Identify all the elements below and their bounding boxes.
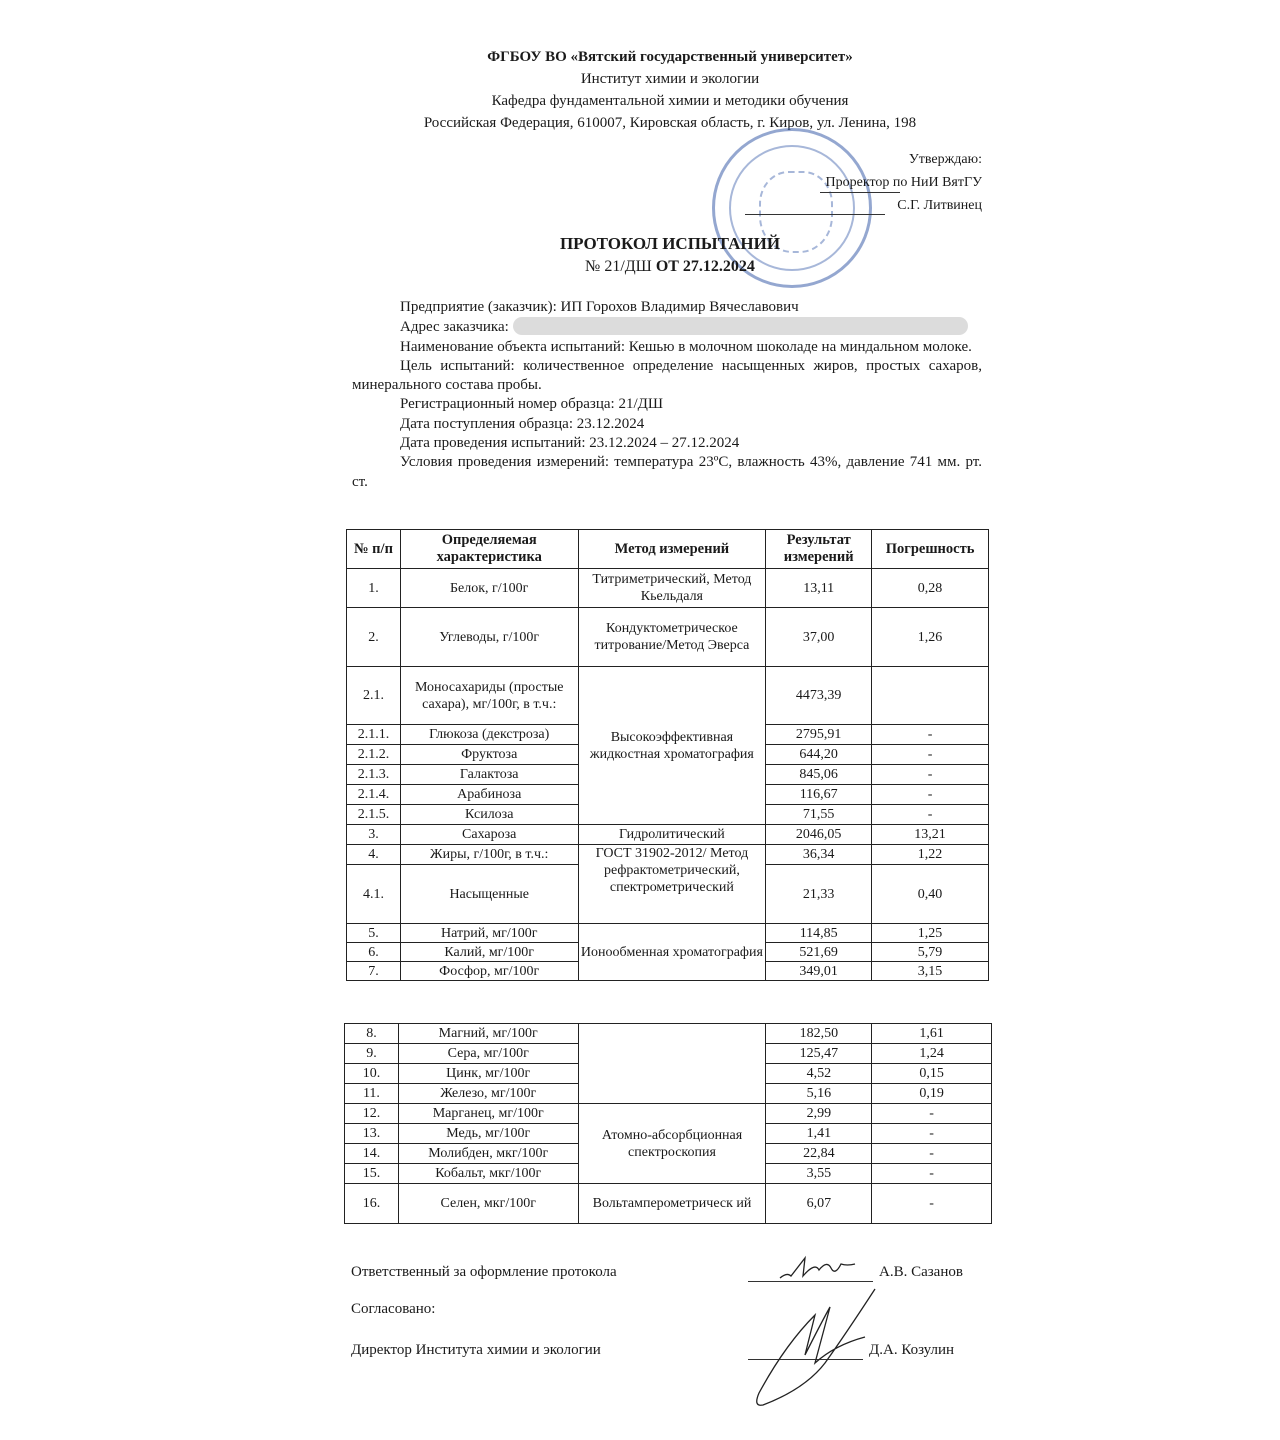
col-header-characteristic: Определяемая характеристика bbox=[400, 530, 578, 569]
results-table-page1: № п/п Определяемая характеристика Метод … bbox=[346, 529, 989, 981]
row-characteristic: Цинк, мг/100г bbox=[398, 1064, 578, 1084]
table-row: 1. Белок, г/100г Титриметрический, Метод… bbox=[347, 569, 989, 608]
row-number: 2.1.3. bbox=[347, 765, 401, 785]
table-row: 2. Углеводы, г/100г Кондуктометрическое … bbox=[347, 608, 989, 667]
row-number: 12. bbox=[345, 1104, 399, 1124]
responsible-name: А.В. Сазанов bbox=[879, 1264, 963, 1281]
results-table-page2: 8. Магний, мг/100г 182,50 1,61 9. Сера, … bbox=[344, 1023, 992, 1224]
row-error: - bbox=[872, 1104, 992, 1124]
row-characteristic: Ксилоза bbox=[400, 805, 578, 825]
row-characteristic: Калий, мг/100г bbox=[400, 943, 578, 962]
row-number: 4. bbox=[347, 845, 401, 865]
table-header-row: № п/п Определяемая характеристика Метод … bbox=[347, 530, 989, 569]
row-characteristic: Сера, мг/100г bbox=[398, 1044, 578, 1064]
table-row: 12. Марганец, мг/100г Атомно-абсорбционн… bbox=[345, 1104, 992, 1124]
director-name: Д.А. Козулин bbox=[869, 1342, 954, 1359]
row-error: - bbox=[872, 745, 989, 765]
approval-label: Утверждаю: bbox=[826, 148, 982, 171]
row-number: 10. bbox=[345, 1064, 399, 1084]
row-result: 116,67 bbox=[766, 785, 872, 805]
row-characteristic: Селен, мкг/100г bbox=[398, 1184, 578, 1224]
row-error: - bbox=[872, 1184, 992, 1224]
row-result: 4,52 bbox=[766, 1064, 872, 1084]
row-method: Высокоэффективная жидкостная хроматограф… bbox=[578, 667, 766, 825]
row-characteristic: Жиры, г/100г, в т.ч.: bbox=[400, 845, 578, 865]
row-result: 3,55 bbox=[766, 1164, 872, 1184]
row-number: 14. bbox=[345, 1144, 399, 1164]
row-method: Титриметрический, Метод Кьельдаля bbox=[578, 569, 766, 608]
row-result: 521,69 bbox=[766, 943, 872, 962]
row-characteristic: Железо, мг/100г bbox=[398, 1084, 578, 1104]
org-name: ФГБОУ ВО «Вятский государственный универ… bbox=[340, 46, 1000, 68]
row-characteristic: Галактоза bbox=[400, 765, 578, 785]
row-method: Ионообменная хроматография bbox=[578, 924, 766, 981]
row-result: 114,85 bbox=[766, 924, 872, 943]
row-error: 13,21 bbox=[872, 825, 989, 845]
row-error: - bbox=[872, 785, 989, 805]
row-error: 1,24 bbox=[872, 1044, 992, 1064]
row-result: 6,07 bbox=[766, 1184, 872, 1224]
approval-block: Утверждаю: Проректор по НиИ ВятГУ С.Г. Л… bbox=[826, 148, 982, 217]
approval-signature-line bbox=[820, 192, 900, 193]
col-header-number: № п/п bbox=[347, 530, 401, 569]
row-characteristic: Молибден, мкг/100г bbox=[398, 1144, 578, 1164]
customer-line: Предприятие (заказчик): ИП Горохов Влади… bbox=[352, 298, 982, 317]
row-number: 2. bbox=[347, 608, 401, 667]
row-characteristic: Моносахариды (простые сахара), мг/100г, … bbox=[400, 667, 578, 725]
row-result: 1,41 bbox=[766, 1124, 872, 1144]
row-number: 2.1.4. bbox=[347, 785, 401, 805]
row-result: 2795,91 bbox=[766, 725, 872, 745]
approval-position: Проректор по НиИ ВятГУ bbox=[826, 171, 982, 194]
row-error: 1,22 bbox=[872, 845, 989, 865]
document-title: ПРОТОКОЛ ИСПЫТАНИЙ bbox=[340, 234, 1000, 254]
row-number: 3. bbox=[347, 825, 401, 845]
row-number: 16. bbox=[345, 1184, 399, 1224]
department-name: Кафедра фундаментальной химии и методики… bbox=[340, 90, 1000, 112]
row-characteristic: Насыщенные bbox=[400, 865, 578, 924]
table-row: 4. Жиры, г/100г, в т.ч.: ГОСТ 31902-2012… bbox=[347, 845, 989, 865]
row-result: 4473,39 bbox=[766, 667, 872, 725]
row-error bbox=[872, 667, 989, 725]
test-info: Предприятие (заказчик): ИП Горохов Влади… bbox=[352, 298, 982, 492]
row-error: - bbox=[872, 805, 989, 825]
row-error: 0,40 bbox=[872, 865, 989, 924]
row-number: 2.1.1. bbox=[347, 725, 401, 745]
row-number: 2.1.2. bbox=[347, 745, 401, 765]
row-number: 15. bbox=[345, 1164, 399, 1184]
document-number-date: ОТ 27.12.2024 bbox=[656, 258, 755, 275]
row-characteristic: Сахароза bbox=[400, 825, 578, 845]
row-error: 0,15 bbox=[872, 1064, 992, 1084]
row-characteristic: Кобальт, мкг/100г bbox=[398, 1164, 578, 1184]
row-characteristic: Углеводы, г/100г bbox=[400, 608, 578, 667]
row-result: 21,33 bbox=[766, 865, 872, 924]
row-characteristic: Глюкоза (декстроза) bbox=[400, 725, 578, 745]
row-method: Атомно-абсорбционная спектроскопия bbox=[578, 1104, 766, 1184]
row-method: ГОСТ 31902-2012/ Метод рефрактометрическ… bbox=[578, 845, 766, 924]
row-result: 37,00 bbox=[766, 608, 872, 667]
row-number: 4.1. bbox=[347, 865, 401, 924]
col-header-result: Результат измерений bbox=[766, 530, 872, 569]
row-error: 0,28 bbox=[872, 569, 989, 608]
row-error: 0,19 bbox=[872, 1084, 992, 1104]
customer-address-label: Адрес заказчика: bbox=[400, 319, 509, 335]
director-label: Директор Института химии и экологии bbox=[351, 1342, 601, 1359]
row-characteristic: Арабиноза bbox=[400, 785, 578, 805]
row-number: 1. bbox=[347, 569, 401, 608]
row-number: 11. bbox=[345, 1084, 399, 1104]
received-date-line: Дата поступления образца: 23.12.2024 bbox=[352, 415, 982, 434]
row-error: 1,61 bbox=[872, 1024, 992, 1044]
responsible-signature-icon bbox=[775, 1252, 870, 1284]
redacted-address bbox=[513, 317, 968, 335]
table-row: 3. Сахароза Гидролитический 2046,05 13,2… bbox=[347, 825, 989, 845]
row-result: 22,84 bbox=[766, 1144, 872, 1164]
row-number: 5. bbox=[347, 924, 401, 943]
customer-address-line: Адрес заказчика: bbox=[352, 317, 982, 337]
row-result: 349,01 bbox=[766, 962, 872, 981]
row-characteristic: Фруктоза bbox=[400, 745, 578, 765]
director-signature-icon bbox=[745, 1285, 885, 1410]
row-result: 644,20 bbox=[766, 745, 872, 765]
row-result: 2,99 bbox=[766, 1104, 872, 1124]
document-number-prefix: № 21/ДШ bbox=[585, 258, 652, 275]
row-number: 2.1. bbox=[347, 667, 401, 725]
row-characteristic: Фосфор, мг/100г bbox=[400, 962, 578, 981]
row-result: 71,55 bbox=[766, 805, 872, 825]
row-method: Кондуктометрическое титрование/Метод Эве… bbox=[578, 608, 766, 667]
letterhead: ФГБОУ ВО «Вятский государственный универ… bbox=[340, 46, 1000, 134]
row-number: 8. bbox=[345, 1024, 399, 1044]
document-page: ФГБОУ ВО «Вятский государственный универ… bbox=[0, 0, 1280, 1440]
agreed-label: Согласовано: bbox=[351, 1301, 435, 1318]
org-address: Российская Федерация, 610007, Кировская … bbox=[340, 112, 1000, 134]
purpose-line: Цель испытаний: количественное определен… bbox=[352, 357, 982, 396]
table-row: 16. Селен, мкг/100г Вольтамперометрическ… bbox=[345, 1184, 992, 1224]
conditions-line: Условия проведения измерений: температур… bbox=[352, 453, 982, 492]
row-error: 1,26 bbox=[872, 608, 989, 667]
row-result: 2046,05 bbox=[766, 825, 872, 845]
row-result: 36,34 bbox=[766, 845, 872, 865]
approval-underline bbox=[745, 214, 885, 215]
responsible-label: Ответственный за оформление протокола bbox=[351, 1264, 617, 1281]
row-result: 182,50 bbox=[766, 1024, 872, 1044]
row-characteristic: Магний, мг/100г bbox=[398, 1024, 578, 1044]
object-line: Наименование объекта испытаний: Кешью в … bbox=[352, 338, 982, 357]
row-error: - bbox=[872, 1144, 992, 1164]
row-characteristic: Натрий, мг/100г bbox=[400, 924, 578, 943]
col-header-method: Метод измерений bbox=[578, 530, 766, 569]
row-method: Гидролитический bbox=[578, 825, 766, 845]
document-number: № 21/ДШ ОТ 27.12.2024 bbox=[340, 258, 1000, 276]
row-result: 845,06 bbox=[766, 765, 872, 785]
row-result: 125,47 bbox=[766, 1044, 872, 1064]
table-row: 5. Натрий, мг/100г Ионообменная хроматог… bbox=[347, 924, 989, 943]
institute-name: Институт химии и экологии bbox=[340, 68, 1000, 90]
row-error: - bbox=[872, 1124, 992, 1144]
table-row: 2.1. Моносахариды (простые сахара), мг/1… bbox=[347, 667, 989, 725]
col-header-error: Погрешность bbox=[872, 530, 989, 569]
reg-number-line: Регистрационный номер образца: 21/ДШ bbox=[352, 395, 982, 414]
test-dates-line: Дата проведения испытаний: 23.12.2024 – … bbox=[352, 434, 982, 453]
table-row: 8. Магний, мг/100г 182,50 1,61 bbox=[345, 1024, 992, 1044]
row-number: 6. bbox=[347, 943, 401, 962]
row-result: 5,16 bbox=[766, 1084, 872, 1104]
row-error: 3,15 bbox=[872, 962, 989, 981]
row-error: 5,79 bbox=[872, 943, 989, 962]
row-characteristic: Медь, мг/100г bbox=[398, 1124, 578, 1144]
row-error: - bbox=[872, 1164, 992, 1184]
row-error: - bbox=[872, 765, 989, 785]
row-result: 13,11 bbox=[766, 569, 872, 608]
row-number: 13. bbox=[345, 1124, 399, 1144]
row-characteristic: Марганец, мг/100г bbox=[398, 1104, 578, 1124]
row-method: Вольтамперометрическ ий bbox=[578, 1184, 766, 1224]
row-number: 9. bbox=[345, 1044, 399, 1064]
row-error: 1,25 bbox=[872, 924, 989, 943]
row-error: - bbox=[872, 725, 989, 745]
row-characteristic: Белок, г/100г bbox=[400, 569, 578, 608]
row-method-empty bbox=[578, 1024, 766, 1104]
row-number: 2.1.5. bbox=[347, 805, 401, 825]
row-number: 7. bbox=[347, 962, 401, 981]
